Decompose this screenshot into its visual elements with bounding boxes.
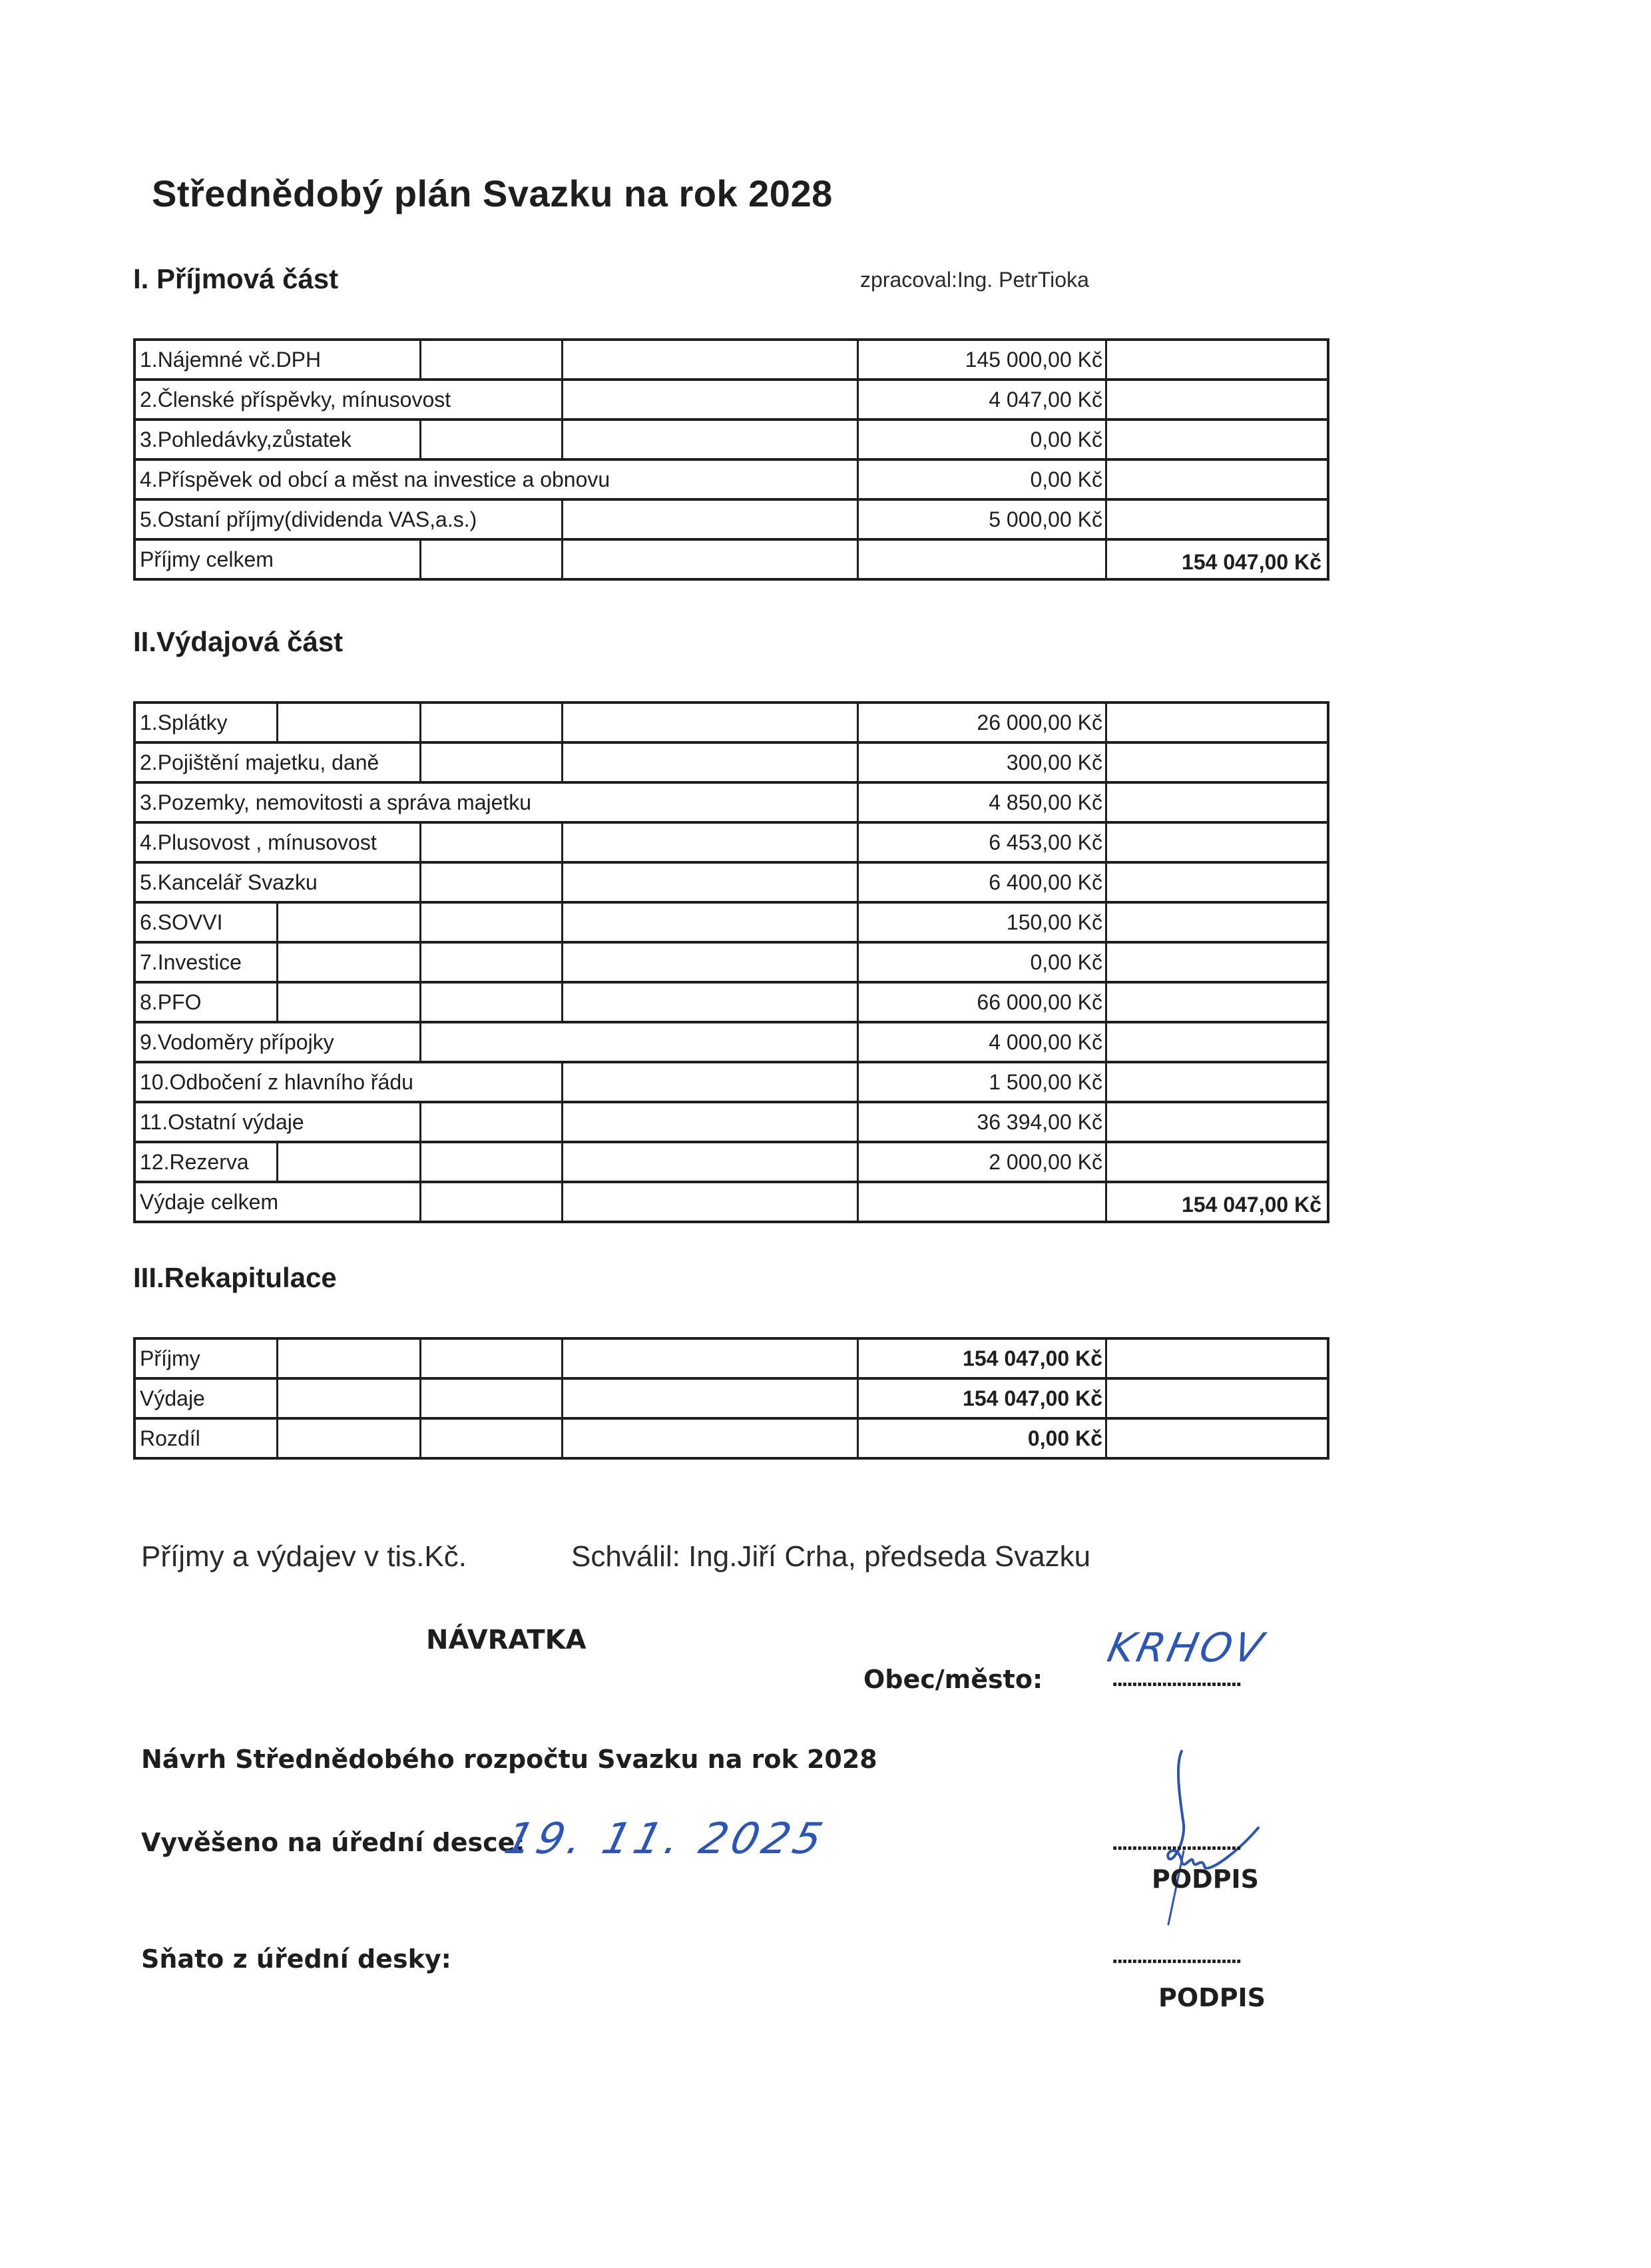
row-label: 10.Odbočení z hlavního řádu: [140, 1070, 413, 1095]
row-label: Výdaje celkem: [140, 1190, 278, 1215]
table-row: 5.Kancelář Svazku 6 400,00 Kč: [136, 864, 1327, 904]
row-amount: 154 047,00 Kč: [963, 1386, 1102, 1411]
table-row: 5.Ostaní příjmy(dividenda VAS,a.s.) 5 00…: [136, 501, 1327, 541]
table-row: 1.Nájemné vč.DPH 145 000,00 Kč: [136, 341, 1327, 381]
proposal-title: Návrh Střednědobého rozpočtu Svazku na r…: [141, 1745, 877, 1774]
row-label: 6.SOVVI: [140, 910, 223, 935]
row-label: 3.Pohledávky,zůstatek: [140, 427, 352, 452]
expenses-heading: II.Výdajová část: [133, 626, 343, 658]
table-row: 7.Investice 0,00 Kč: [136, 944, 1327, 984]
row-label: 4.Plusovost , mínusovost: [140, 830, 377, 855]
row-amount: 6 453,00 Kč: [989, 830, 1102, 855]
prepared-by: zpracoval:Ing. PetrTioka: [860, 268, 1089, 292]
table-row: Příjmy 154 047,00 Kč: [136, 1340, 1327, 1380]
row-amount: 2 000,00 Kč: [989, 1150, 1102, 1175]
row-amount: 0,00 Kč: [1030, 950, 1102, 975]
row-amount: 36 394,00 Kč: [977, 1110, 1102, 1135]
expenses-table: 1.Splátky 26 000,00 Kč 2.Pojištění majet…: [133, 701, 1329, 1223]
row-amount: 145 000,00 Kč: [965, 348, 1102, 372]
town-handwritten: KRHOV: [1104, 1625, 1270, 1671]
table-row: 6.SOVVI 150,00 Kč: [136, 904, 1327, 944]
row-amount: 0,00 Kč: [1028, 1426, 1102, 1451]
page-title: Střednědobý plán Svazku na rok 2028: [152, 172, 833, 215]
table-row: 10.Odbočení z hlavního řádu 1 500,00 Kč: [136, 1063, 1327, 1103]
table-row: 11.Ostatní výdaje 36 394,00 Kč: [136, 1103, 1327, 1143]
posted-label: Vyvěšeno na úřední desce:: [141, 1828, 525, 1857]
table-row: 3.Pohledávky,zůstatek 0,00 Kč: [136, 421, 1327, 461]
row-label: 1.Nájemné vč.DPH: [140, 348, 321, 372]
row-label: Příjmy celkem: [140, 547, 274, 572]
table-row: Výdaje 154 047,00 Kč: [136, 1380, 1327, 1420]
row-label: 7.Investice: [140, 950, 242, 975]
row-label: 9.Vodoměry přípojky: [140, 1030, 334, 1055]
recap-table: Příjmy 154 047,00 Kč Výdaje 154 047,00 K…: [133, 1337, 1329, 1460]
signature-label: PODPIS: [1152, 1864, 1259, 1894]
table-row: 12.Rezerva 2 000,00 Kč: [136, 1143, 1327, 1183]
removed-signature-label: PODPIS: [1158, 1983, 1266, 2012]
row-amount: 154 047,00 Kč: [963, 1346, 1102, 1371]
table-row: 9.Vodoměry přípojky 4 000,00 Kč: [136, 1023, 1327, 1063]
row-amount: 0,00 Kč: [1030, 467, 1102, 492]
town-label: Obec/město:: [863, 1665, 1043, 1694]
row-amount: 5 000,00 Kč: [989, 507, 1102, 532]
total-amount: 154 047,00 Kč: [1182, 550, 1321, 575]
row-label: 5.Kancelář Svazku: [140, 870, 318, 895]
table-row-total: Příjmy celkem 154 047,00 Kč: [136, 541, 1327, 581]
row-label: Rozdíl: [140, 1426, 200, 1451]
row-label: 11.Ostatní výdaje: [140, 1110, 304, 1135]
row-label: 12.Rezerva: [140, 1150, 249, 1175]
signature-dotted-line: ..........................: [1112, 1830, 1241, 1856]
row-amount: 300,00 Kč: [1007, 750, 1102, 775]
row-amount: 4 047,00 Kč: [989, 388, 1102, 412]
row-amount: 1 500,00 Kč: [989, 1070, 1102, 1095]
row-label: Příjmy: [140, 1346, 200, 1371]
removed-label: Sňato z úřední desky:: [141, 1944, 451, 1974]
row-label: 1.Splátky: [140, 710, 228, 735]
table-row: 4.Plusovost , mínusovost 6 453,00 Kč: [136, 824, 1327, 864]
table-row: Rozdíl 0,00 Kč: [136, 1420, 1327, 1460]
units-note: Příjmy a výdajev v tis.Kč.: [141, 1540, 467, 1573]
town-dotted-line: ..........................: [1112, 1666, 1241, 1692]
table-row-total: Výdaje celkem 154 047,00 Kč: [136, 1183, 1327, 1223]
row-label: 3.Pozemky, nemovitosti a správa majetku: [140, 790, 531, 815]
row-amount: 26 000,00 Kč: [977, 710, 1102, 735]
row-amount: 150,00 Kč: [1007, 910, 1102, 935]
table-row: 2.Členské příspěvky, mínusovost 4 047,00…: [136, 381, 1327, 421]
row-amount: 0,00 Kč: [1030, 427, 1102, 452]
table-row: 8.PFO 66 000,00 Kč: [136, 984, 1327, 1023]
row-label: 4.Příspěvek od obcí a měst na investice …: [140, 467, 610, 492]
approved-by: Schválil: Ing.Jiří Crha, předseda Svazku: [571, 1540, 1090, 1573]
income-table: 1.Nájemné vč.DPH 145 000,00 Kč 2.Členské…: [133, 338, 1329, 581]
row-amount: 4 000,00 Kč: [989, 1030, 1102, 1055]
table-row: 4.Příspěvek od obcí a měst na investice …: [136, 461, 1327, 501]
row-label: 2.Pojištění majetku, daně: [140, 750, 379, 775]
row-amount: 4 850,00 Kč: [989, 790, 1102, 815]
total-amount: 154 047,00 Kč: [1182, 1193, 1321, 1217]
table-row: 3.Pozemky, nemovitosti a správa majetku …: [136, 784, 1327, 824]
row-amount: 6 400,00 Kč: [989, 870, 1102, 895]
table-row: 1.Splátky 26 000,00 Kč: [136, 704, 1327, 744]
income-heading: I. Příjmová část: [133, 263, 338, 295]
row-amount: 66 000,00 Kč: [977, 990, 1102, 1015]
removed-signature-dotted-line: ..........................: [1112, 1943, 1241, 1969]
posted-date-handwritten: 19. 11. 2025: [500, 1815, 831, 1864]
row-label: 5.Ostaní příjmy(dividenda VAS,a.s.): [140, 507, 477, 532]
table-row: 2.Pojištění majetku, daně 300,00 Kč: [136, 744, 1327, 784]
row-label: Výdaje: [140, 1386, 205, 1411]
row-label: 8.PFO: [140, 990, 201, 1015]
return-slip-heading: NÁVRATKA: [426, 1625, 587, 1655]
recap-heading: III.Rekapitulace: [133, 1262, 337, 1294]
row-label: 2.Členské příspěvky, mínusovost: [140, 388, 451, 412]
